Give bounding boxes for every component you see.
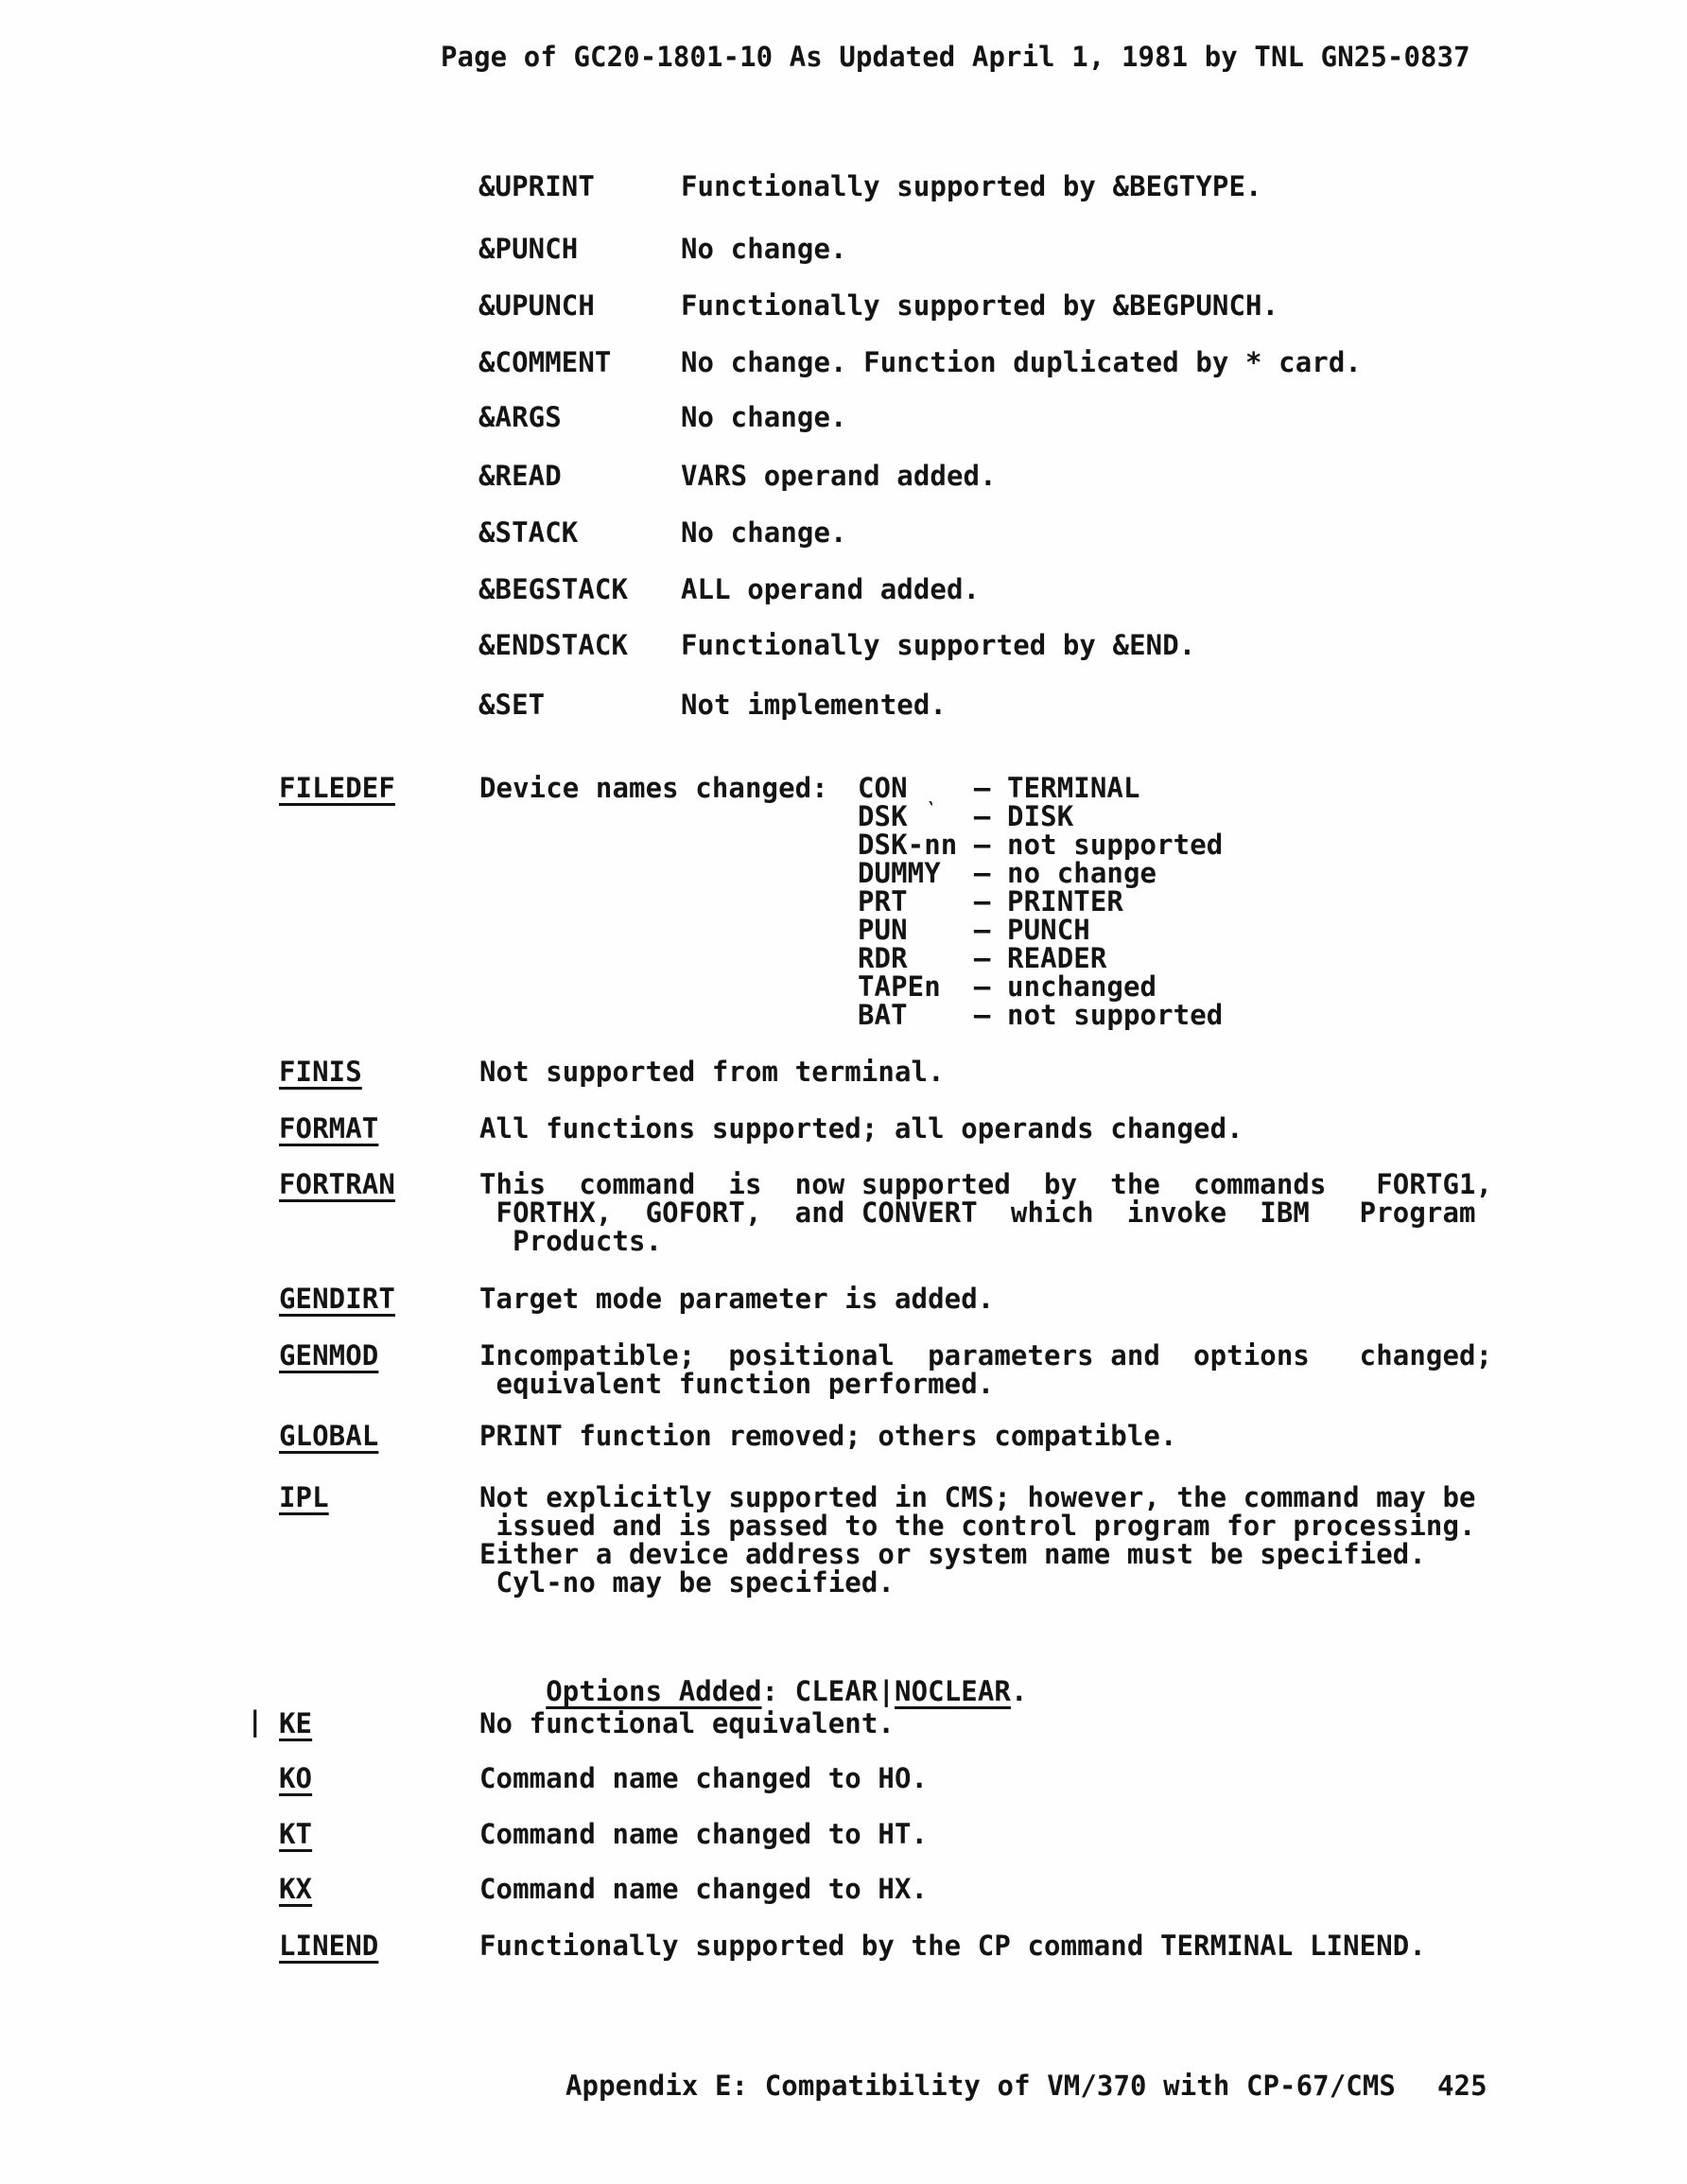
section-label: IPL (279, 1483, 329, 1511)
page-number: 425 (1437, 2071, 1487, 2100)
amp-command-name: &UPUNCH (478, 291, 595, 320)
amp-command-desc: VARS operand added. (681, 462, 997, 490)
amp-command-desc: No change. (681, 518, 847, 547)
section-desc: Incompatible; positional parameters and … (479, 1341, 1492, 1398)
options-added-period: . (1011, 1675, 1028, 1707)
options-added-clear: : CLEAR| (762, 1675, 895, 1707)
device-name-table: CON — TERMINAL DSK — DISK DSK-nn — not s… (858, 774, 1223, 1029)
section-label: KX (279, 1875, 312, 1903)
amp-command-name: &BEGSTACK (478, 575, 628, 603)
section-label: KT (279, 1820, 312, 1848)
amp-command-desc: No change. (681, 235, 847, 263)
section-label: GLOBAL (279, 1422, 378, 1450)
amp-command-name: &COMMENT (478, 348, 611, 376)
amp-command-desc: Functionally supported by &BEGTYPE. (681, 172, 1262, 201)
section-label: KE (279, 1709, 312, 1738)
section-desc: Not explicitly supported in CMS; however… (479, 1483, 1476, 1597)
filedef-intro: Device names changed: (479, 774, 828, 802)
amp-command-name: &PUNCH (478, 235, 578, 263)
amp-command-name: &ARGS (478, 403, 562, 431)
section-label: FORTRAN (279, 1170, 395, 1198)
section-desc: All functions supported; all operands ch… (479, 1114, 1244, 1143)
section-desc: This command is now supported by the com… (479, 1170, 1492, 1255)
amp-command-name: &ENDSTACK (478, 631, 628, 659)
amp-command-desc: Functionally supported by &BEGPUNCH. (681, 291, 1278, 320)
section-label: FILEDEF (279, 774, 395, 802)
section-desc: No functional equivalent. (479, 1709, 895, 1738)
section-label: KO (279, 1764, 312, 1792)
section-desc: Functionally supported by the CP command… (479, 1931, 1426, 1960)
amp-command-desc: No change. Function duplicated by * card… (681, 348, 1362, 376)
change-bar: | (247, 1707, 264, 1736)
section-desc: Command name changed to HX. (479, 1875, 928, 1903)
amp-command-name: &UPRINT (478, 172, 595, 201)
section-desc: Not supported from terminal. (479, 1057, 945, 1086)
amp-command-name: &READ (478, 462, 562, 490)
section-desc: PRINT function removed; others compatibl… (479, 1422, 1177, 1450)
section-label: GENMOD (279, 1341, 378, 1370)
running-header: Page of GC20-1801-10 As Updated April 1,… (441, 43, 1470, 71)
amp-command-desc: Not implemented. (681, 690, 947, 719)
section-label: FORMAT (279, 1114, 378, 1143)
section-desc: Command name changed to HO. (479, 1764, 928, 1792)
scanned-manual-page: Page of GC20-1801-10 As Updated April 1,… (0, 0, 1687, 2184)
section-label: GENDIRT (279, 1284, 395, 1313)
section-desc: Command name changed to HT. (479, 1820, 928, 1848)
amp-command-desc: Functionally supported by &END. (681, 631, 1195, 659)
section-label: FINIS (279, 1057, 362, 1086)
options-added-label: Options Added (546, 1675, 761, 1707)
amp-command-desc: ALL operand added. (681, 575, 980, 603)
section-label: LINEND (279, 1931, 378, 1960)
amp-command-name: &SET (478, 690, 545, 719)
section-desc: Target mode parameter is added. (479, 1284, 994, 1313)
amp-command-name: &STACK (478, 518, 578, 547)
footer-title: Appendix E: Compatibility of VM/370 with… (565, 2071, 1396, 2100)
amp-command-desc: No change. (681, 403, 847, 431)
options-added-noclear: NOCLEAR (895, 1675, 1011, 1707)
